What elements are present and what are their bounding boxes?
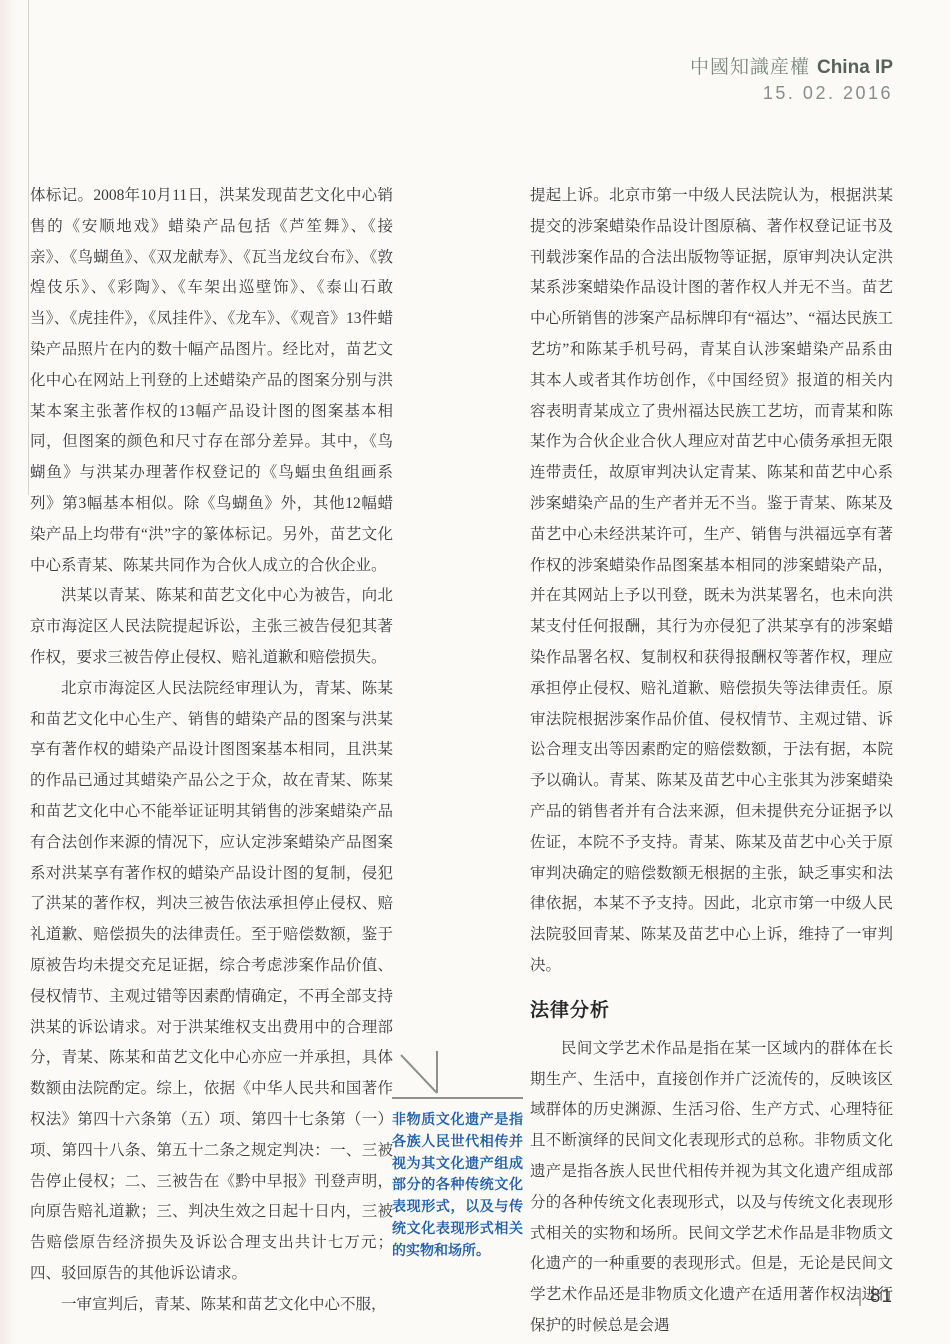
page-number-divider bbox=[859, 1288, 861, 1306]
left-column: 体标记。2008年10月11日，洪某发现苗艺文化中心销售的《安顺地戏》蜡染产品包… bbox=[30, 181, 393, 1320]
page-number-value: 81 bbox=[870, 1286, 893, 1308]
brand-chinese: 中國知識産權 bbox=[690, 57, 810, 78]
section-heading: 法律分析 bbox=[530, 998, 893, 1024]
pull-quote: 非物质文化遗产是指各族人民世代相传并视为其文化遗产组成部分的各种传统文化表现形式… bbox=[392, 1048, 523, 1262]
page-number: 81 bbox=[859, 1286, 893, 1308]
issue-date: 15. 02. 2016 bbox=[690, 83, 893, 104]
paragraph: 一审宣判后，青某、陈某和苗艺文化中心不服， bbox=[30, 1290, 393, 1321]
brand-line: 中國知識産權China IP bbox=[690, 52, 893, 79]
paragraph: 洪某以青某、陈某和苗艺文化中心为被告，向北京市海淀区人民法院提起诉讼，主张三被告… bbox=[30, 581, 393, 673]
arrow-down-right-icon bbox=[392, 1048, 523, 1100]
paragraph: 民间文学艺术作品是指在某一区域内的群体在长期生产、生活中，直接创作并广泛流传的，… bbox=[530, 1034, 893, 1342]
scan-artifact-line bbox=[28, 0, 29, 495]
magazine-header: 中國知識産權China IP 15. 02. 2016 bbox=[690, 52, 893, 104]
magazine-page: 中國知識産權China IP 15. 02. 2016 体标记。2008年10月… bbox=[0, 0, 950, 1344]
paragraph-continuation: 体标记。2008年10月11日，洪某发现苗艺文化中心销售的《安顺地戏》蜡染产品包… bbox=[30, 181, 393, 581]
scan-edge-tint bbox=[0, 0, 16, 1344]
paragraph-continuation: 提起上诉。北京市第一中级人民法院认为，根据洪某提交的涉案蜡染作品设计图原稿、著作… bbox=[530, 181, 893, 982]
paragraph: 北京市海淀区人民法院经审理认为，青某、陈某和苗艺文化中心生产、销售的蜡染产品的图… bbox=[30, 674, 393, 1290]
pull-quote-text: 非物质文化遗产是指各族人民世代相传并视为其文化遗产组成部分的各种传统文化表现形式… bbox=[392, 1109, 523, 1262]
brand-english: China IP bbox=[817, 57, 893, 78]
right-column: 提起上诉。北京市第一中级人民法院认为，根据洪某提交的涉案蜡染作品设计图原稿、著作… bbox=[530, 181, 893, 1342]
